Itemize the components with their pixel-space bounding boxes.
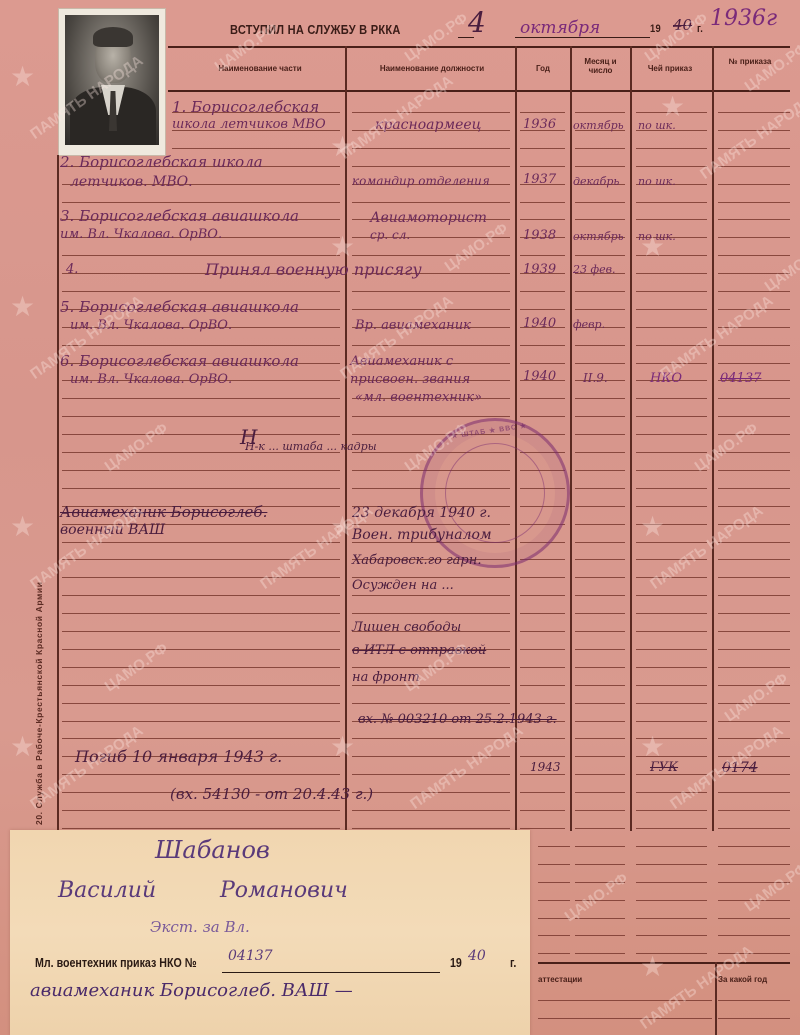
header-position: Наименование должности [362, 64, 502, 73]
watermark-star-icon: ★ [10, 290, 35, 323]
row3-unit-l2: им. Вл. Чкалова. ОрВО. [60, 227, 222, 242]
row4-oath: Принял военную присягу [205, 260, 422, 279]
row1-unit-l1: 1. Борисоглебская [172, 98, 319, 116]
row4-number: 4. [66, 262, 78, 277]
slip-year-prefix: 19 [450, 955, 462, 970]
entry7-unit-l1: Авиамеханик Борисоглеб. [60, 503, 267, 521]
entry7-pos-l3: Хабаровск.го гарн. [352, 553, 481, 568]
attestation-label: аттестации [538, 975, 582, 984]
slip-patronymic: Романович [220, 878, 348, 903]
row1-month: октябрь [573, 119, 624, 132]
death-whose-order: ГУК [650, 760, 678, 775]
row2-year: 1937 [523, 172, 556, 187]
slip-note: Экст. за Вл. [150, 918, 250, 936]
watermark-star-icon: ★ [330, 130, 355, 163]
slip-first-name: Василий [58, 878, 156, 903]
row3-position-l2: ср. сл. [370, 228, 410, 242]
header-order-no: № приказа [715, 57, 785, 66]
header-whose-order: Чей приказ [634, 64, 706, 73]
row3-unit-l1: 3. Борисоглебская авиашкола [60, 207, 299, 225]
entry7-pos-l5: Лишен свободы [352, 620, 461, 635]
enlist-month: октября [520, 18, 600, 38]
death-l1: Погиб 10 января 1943 г. [75, 747, 282, 766]
row6-month-day: II.9. [583, 371, 608, 385]
record-card: ВСТУПИЛ НА СЛУЖБУ В РККА 4 октября 19 40… [0, 0, 800, 1035]
row1-year: 1936 [523, 117, 556, 132]
slip-year-hw: 40 [468, 948, 486, 964]
row5-unit-l1: 5. Борисоглебская авиашкола [60, 298, 299, 316]
row5-month: февр. [573, 318, 605, 331]
row5-position: Вр. авиамеханик [355, 318, 471, 333]
row6-order-no: 04137 [720, 371, 761, 386]
watermark-star-icon: ★ [640, 510, 665, 543]
row6-position-l3: «мл. воентехник» [355, 390, 482, 405]
row4-month: 23 фев. [573, 263, 616, 276]
watermark-text: ЦАМО.РФ [562, 870, 630, 924]
enlist-title: ВСТУПИЛ НА СЛУЖБУ В РККА [230, 22, 401, 37]
row3-month: октябрь [573, 230, 624, 243]
portrait-photo [58, 8, 166, 156]
watermark-text: ПАМЯТЬ НАРОДА [658, 293, 776, 382]
watermark-text: ЦАМО.РФ [742, 860, 800, 914]
row4-year: 1939 [523, 262, 556, 277]
watermark-text: ПАМЯТЬ НАРОДА [408, 723, 526, 812]
death-order-no: 0174 [722, 760, 758, 776]
row1-position: красноармеец [375, 117, 481, 133]
enlist-year-crossed: 40 [673, 16, 692, 34]
watermark-text: ЦАМО.РФ [692, 420, 760, 474]
enlist-day: 4 [468, 6, 486, 39]
entry7-pos-l1: 23 декабря 1940 г. [352, 505, 491, 521]
watermark-text: ЦАМО.РФ [102, 420, 170, 474]
row6-position-l2: присвоен. звания [350, 372, 470, 387]
official-stamp: ★ ШТАБ ★ ВВС ★ [420, 418, 570, 568]
row3-year: 1938 [523, 228, 556, 243]
row5-year: 1940 [523, 316, 556, 331]
watermark-text: ЦАМО.РФ [742, 40, 800, 94]
signature-note: Н-к ... штаба ... кадры [245, 440, 377, 453]
watermark-text: ПАМЯТЬ НАРОДА [648, 503, 766, 592]
entry7-pos-l4: Осужден на ... [352, 578, 454, 593]
death-l2: (вх. 54130 - от 20.4.43 г.) [170, 785, 373, 803]
watermark-text: ПАМЯТЬ НАРОДА [28, 723, 146, 812]
entry7-pos-l6: в ИТЛ с отправкой [352, 643, 486, 658]
header-month-day: Месяц и число [573, 57, 628, 75]
slip-surname: Шабанов [155, 836, 270, 864]
row6-year: 1940 [523, 369, 556, 384]
row3-position-l1: Авиамоторист [370, 210, 487, 226]
entry7-pos-l7: на фронт [352, 670, 420, 685]
watermark-star-icon: ★ [10, 510, 35, 543]
watermark-star-icon: ★ [640, 950, 665, 983]
row5-unit-l2: им. Вл. Чкалова. ОрВО. [70, 318, 232, 333]
entry7-pos-l2: Воен. трибуналом [352, 527, 492, 543]
slip-rank-order: Мл. воентехник приказ НКО № [35, 955, 197, 970]
watermark-star-icon: ★ [10, 60, 35, 93]
side-label: 20. Служба в Рабоче-Крестьянской Красной… [34, 581, 44, 825]
row2-month: декабрь [573, 175, 619, 188]
watermark-text: ЦАМО.РФ [442, 220, 510, 274]
watermark-star-icon: ★ [10, 730, 35, 763]
slip-line2: авиамеханик Борисоглеб. ВАШ — [30, 980, 353, 1001]
row2-unit-l2: летчиков. МВО. [70, 174, 193, 190]
enlist-year-suffix: г. [697, 23, 703, 35]
watermark-star-icon: ★ [330, 230, 355, 263]
row6-unit-l2: им. Вл. Чкалова. ОрВО. [70, 372, 232, 387]
watermark-star-icon: ★ [330, 730, 355, 763]
enlist-year-prefix: 19 [650, 23, 661, 35]
death-year: 1943 [530, 760, 561, 774]
name-slip: Шабанов Василий Романович Экст. за Вл. М… [10, 830, 530, 1035]
header-unit: Наименование части [200, 64, 320, 73]
row6-position-l1: Авиамеханик с [350, 354, 453, 369]
watermark-star-icon: ★ [640, 730, 665, 763]
header-year: Год [518, 64, 568, 73]
slip-year-suffix: г. [510, 955, 516, 970]
row2-whose-order: по шк. [638, 175, 676, 188]
enlist-year-correction: 1936г [710, 6, 777, 31]
watermark-text: ЦАМО.РФ [722, 670, 790, 724]
year-label: За какой год [718, 975, 767, 984]
entry7-unit-l2: военный ВАШ [60, 522, 165, 538]
row1-unit-l2: школа летчиков МВО [172, 117, 326, 132]
row3-whose-order: по шк. [638, 230, 676, 243]
row2-position: командир отделения [352, 174, 490, 188]
row2-unit-l1: 2. Борисоглебская школа [60, 153, 263, 171]
slip-order-no: 04137 [228, 948, 273, 964]
row1-whose-order: по шк. [638, 119, 676, 132]
watermark-text: ЦАМО.РФ [762, 240, 800, 294]
row6-unit-l1: 6. Борисоглебская авиашкола [60, 352, 299, 370]
entry7-ref: вх. № 003210 от 25.2.1943 г. [358, 712, 557, 727]
row6-whose-order: НКО [650, 371, 682, 386]
